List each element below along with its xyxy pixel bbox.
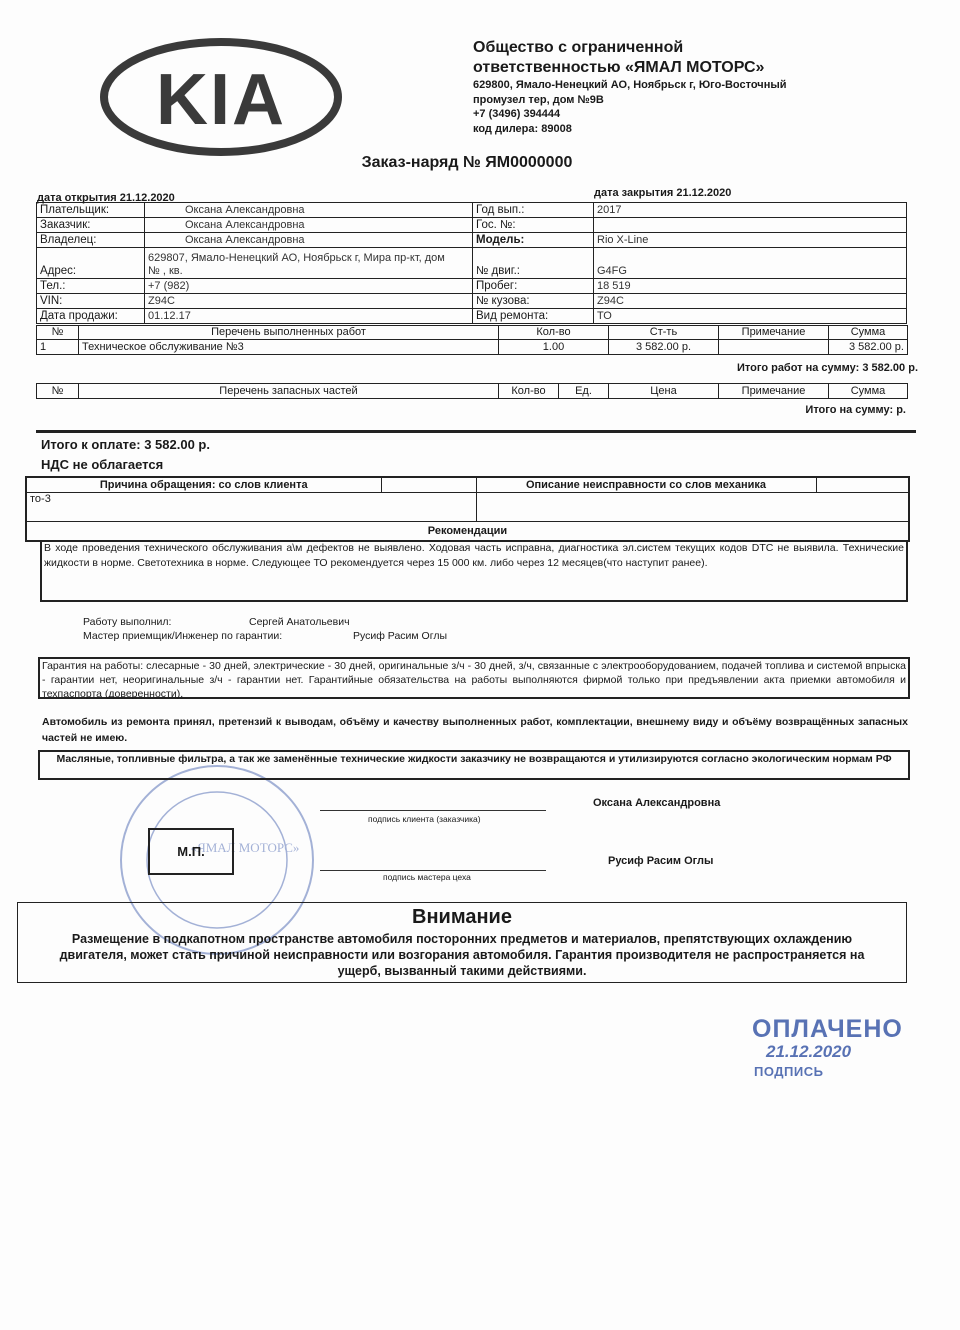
table-header-row: № Перечень выполненных работ Кол-во Ст-т… <box>37 326 908 340</box>
table-row: Плательщик: Оксана Александровна Год вып… <box>37 203 907 218</box>
client-label: Тел.: <box>37 279 145 294</box>
column-header: Ст-ть <box>609 326 719 340</box>
column-header: Кол-во <box>499 326 609 340</box>
owner-value: Оксана Александровна <box>145 233 473 248</box>
empty-cell <box>816 477 909 493</box>
vehicle-label: Год вып.: <box>473 203 594 218</box>
table-row: Владелец: Оксана Александровна Модель: R… <box>37 233 907 248</box>
performed-name: Сергей Анатольевич <box>249 616 350 628</box>
mechanic-description-header: Описание неисправности со слов механика <box>476 477 816 493</box>
company-phone: +7 (3496) 394444 <box>473 107 787 122</box>
work-price: 3 582.00 р. <box>609 340 719 355</box>
column-header: № <box>37 326 79 340</box>
client-signature-name: Оксана Александровна <box>593 797 720 809</box>
address-value: 629807, Ямало-Ненецкий АО, Ноябрьск г, М… <box>145 248 473 279</box>
warning-text: Размещение в подкапотном пространстве ав… <box>18 929 906 979</box>
table-row: VIN: Z94C № кузова: Z94C <box>37 294 907 309</box>
mileage-value: 18 519 <box>594 279 907 294</box>
work-num: 1 <box>37 340 79 355</box>
table-row: Заказчик: Оксана Александровна Гос. №: <box>37 218 907 233</box>
client-label: Дата продажи: <box>37 309 145 324</box>
company-name-line1: Общество с ограниченной <box>473 38 787 58</box>
table-row: Рекомендации <box>26 522 909 542</box>
client-signature-line <box>320 810 546 811</box>
repair-type-value: ТО <box>594 309 907 324</box>
table-row: Адрес: 629807, Ямало-Ненецкий АО, Ноябрь… <box>37 248 907 279</box>
performed-by: Работу выполнил: Сергей Анатольевич <box>83 616 171 628</box>
master-signature-line <box>320 870 546 871</box>
phone-value: +7 (982) <box>145 279 473 294</box>
work-qty: 1.00 <box>499 340 609 355</box>
work-note <box>719 340 829 355</box>
vehicle-label: № кузова: <box>473 294 594 309</box>
warning-box: Внимание Размещение в подкапотном простр… <box>17 902 907 983</box>
divider <box>36 430 916 433</box>
table-header-row: Причина обращения: со слов клиента Описа… <box>26 477 909 493</box>
table-header-row: № Перечень запасных частей Кол-во Ед. Це… <box>37 384 908 399</box>
vat-note: НДС не облагается <box>41 457 163 472</box>
client-label: Владелец: <box>37 233 145 248</box>
kia-logo: KIA <box>100 38 342 156</box>
table-row: Дата продажи: 01.12.17 Вид ремонта: ТО <box>37 309 907 324</box>
table-row: то-3 <box>26 493 909 522</box>
company-address-line1: 629800, Ямало-Ненецкий АО, Ноябрьск г, Ю… <box>473 78 787 93</box>
empty-cell <box>381 477 476 493</box>
paid-word: ОПЛАЧЕНО <box>752 1015 903 1044</box>
master-receiver: Мастер приемщик/Инженер по гарантии: Рус… <box>83 630 282 642</box>
column-header: Сумма <box>829 384 908 399</box>
recommendations-text: В ходе проведения технического обслужива… <box>40 540 908 602</box>
year-value: 2017 <box>594 203 907 218</box>
mechanic-description-value <box>476 493 909 522</box>
column-header: № <box>37 384 79 399</box>
payer-value: Оксана Александровна <box>145 203 473 218</box>
vehicle-label: Гос. №: <box>473 218 594 233</box>
recommendations-header: Рекомендации <box>26 522 909 542</box>
column-header: Цена <box>609 384 719 399</box>
plate-value <box>594 218 907 233</box>
paid-date: 21.12.2020 <box>766 1042 903 1062</box>
total-to-pay: Итого к оплате: 3 582.00 р. <box>41 437 210 452</box>
column-header: Примечание <box>719 326 829 340</box>
svg-text:KIA: KIA <box>156 60 286 140</box>
sale-date-value: 01.12.17 <box>145 309 473 324</box>
engine-value: G4FG <box>594 248 907 279</box>
client-label: VIN: <box>37 294 145 309</box>
stamp-place: М.П. <box>148 828 234 875</box>
column-header: Примечание <box>719 384 829 399</box>
column-header: Перечень выполненных работ <box>79 326 499 340</box>
master-signature-name: Русиф Расим Оглы <box>608 855 713 867</box>
column-header: Перечень запасных частей <box>79 384 499 399</box>
client-label: Заказчик: <box>37 218 145 233</box>
paid-stamp: ОПЛАЧЕНО 21.12.2020 ПОДПИСЬ <box>752 1015 903 1079</box>
paid-signature: ПОДПИСЬ <box>754 1064 903 1079</box>
performed-label: Работу выполнил: <box>83 616 171 628</box>
client-vehicle-table: Плательщик: Оксана Александровна Год вып… <box>36 202 907 324</box>
vehicle-label: Модель: <box>473 233 594 248</box>
acceptance-text: Автомобиль из ремонта принял, претензий … <box>42 714 908 746</box>
column-header: Кол-во <box>499 384 559 399</box>
works-table: № Перечень выполненных работ Кол-во Ст-т… <box>36 325 908 355</box>
work-name: Техническое обслуживание №3 <box>79 340 499 355</box>
column-header: Сумма <box>829 326 908 340</box>
body-number-value: Z94C <box>594 294 907 309</box>
client-label: Адрес: <box>37 248 145 279</box>
company-address-line2: промузел тер, дом №9В <box>473 93 787 108</box>
oils-disposal-text: Масляные, топливные фильтра, а так же за… <box>38 750 910 780</box>
client-reason-header: Причина обращения: со слов клиента <box>26 477 381 493</box>
address-line2: № , кв. <box>148 265 469 278</box>
work-sum: 3 582.00 р. <box>829 340 908 355</box>
works-total: Итого работ на сумму: 3 582.00 р. <box>737 362 918 374</box>
vehicle-label: № двиг.: <box>473 248 594 279</box>
client-reason-value: то-3 <box>26 493 476 522</box>
company-name-line2: ответственностью «ЯМАЛ МОТОРС» <box>473 58 787 78</box>
vin-value: Z94C <box>145 294 473 309</box>
guarantee-text: Гарантия на работы: слесарные - 30 дней,… <box>38 657 910 699</box>
warning-title: Внимание <box>18 905 906 929</box>
dealer-code: код дилера: 89008 <box>473 122 787 137</box>
vehicle-label: Вид ремонта: <box>473 309 594 324</box>
client-label: Плательщик: <box>37 203 145 218</box>
parts-table: № Перечень запасных частей Кол-во Ед. Це… <box>36 383 908 399</box>
table-row: 1 Техническое обслуживание №3 1.00 3 582… <box>37 340 908 355</box>
date-close: дата закрытия 21.12.2020 <box>594 187 731 199</box>
vehicle-label: Пробег: <box>473 279 594 294</box>
company-info: Общество с ограниченной ответственностью… <box>473 38 787 136</box>
parts-total: Итого на сумму: р. <box>805 404 906 416</box>
customer-value: Оксана Александровна <box>145 218 473 233</box>
master-name: Русиф Расим Оглы <box>353 630 447 642</box>
column-header: Ед. <box>559 384 609 399</box>
client-signature-caption: подпись клиента (заказчика) <box>368 814 481 824</box>
address-line1: 629807, Ямало-Ненецкий АО, Ноябрьск г, М… <box>148 252 469 265</box>
reasons-table: Причина обращения: со слов клиента Описа… <box>25 476 910 542</box>
master-label: Мастер приемщик/Инженер по гарантии: <box>83 630 282 642</box>
document-title: Заказ-наряд № ЯМ0000000 <box>0 154 960 172</box>
table-row: Тел.: +7 (982) Пробег: 18 519 <box>37 279 907 294</box>
model-value: Rio X-Line <box>594 233 907 248</box>
master-signature-caption: подпись мастера цеха <box>383 872 471 882</box>
